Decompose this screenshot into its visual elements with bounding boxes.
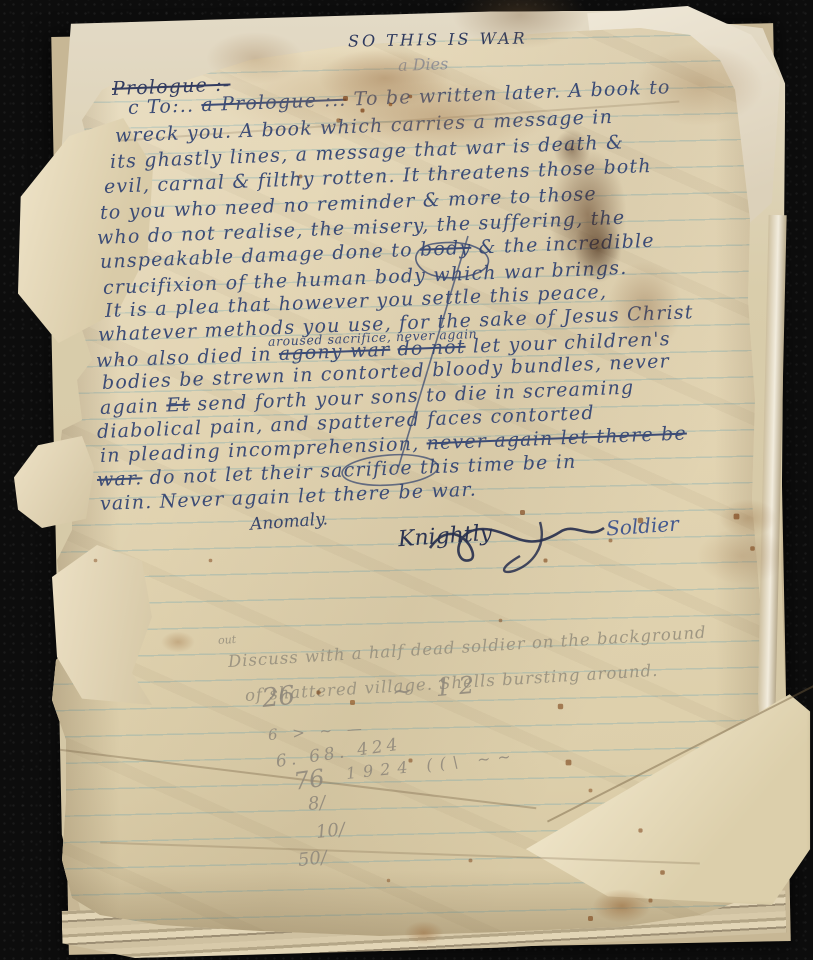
page-heading: SO THIS IS WAR bbox=[348, 28, 528, 50]
pencil-scribble: 76 bbox=[292, 764, 326, 796]
pencil-scribble: 26 bbox=[260, 681, 296, 714]
page-subheading: a Dies bbox=[398, 54, 449, 75]
rust-specks bbox=[0, 0, 1, 1]
pencil-scribble: 50/ bbox=[297, 847, 328, 871]
photograph-of-manuscript: SO THIS IS WAR a Dies Prologue :- c To:.… bbox=[0, 0, 813, 960]
signature-text-right: Soldier bbox=[605, 511, 679, 540]
torn-flap-mid-left bbox=[14, 436, 94, 528]
pencil-scribble: 10/ bbox=[315, 819, 346, 843]
pencil-small-word: out bbox=[218, 633, 237, 647]
pencil-scribble: 8/ bbox=[307, 792, 327, 815]
